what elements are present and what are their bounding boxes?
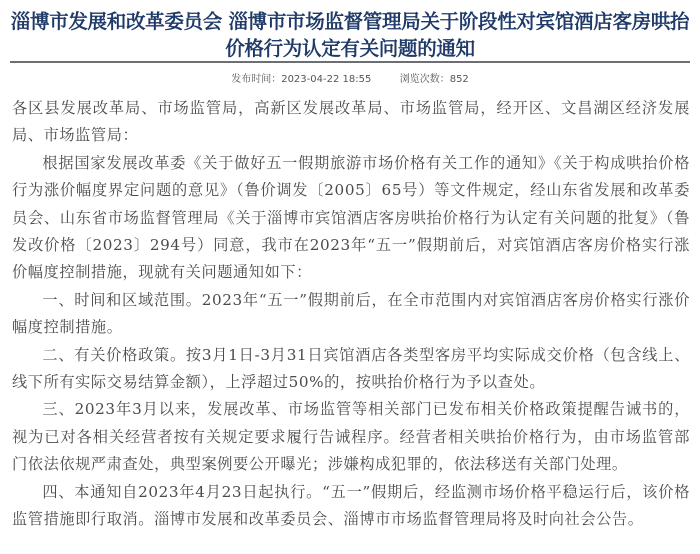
publish-time-label: 发布时间： <box>231 73 281 87</box>
paragraph-item-2: 二、有关价格政策。按3月1日-3月31日宾馆酒店各类型客房平均实际成交价格（包含… <box>12 342 690 397</box>
salutation: 各区县发展改革局、市场监管局，高新区发展改革局、市场监管局，经开区、文昌湖区经济… <box>12 95 690 150</box>
paragraph-item-4: 四、本通知自2023年4月23日起执行。“五一”假期后，经监测市场价格平稳运行后… <box>12 479 690 534</box>
article-page: 淄博市发展和改革委员会 淄博市市场监督管理局关于阶段性对宾馆酒店客房哄抬价格行为… <box>0 0 700 554</box>
title-divider <box>10 61 690 63</box>
views-label: 浏览次数： <box>400 73 450 87</box>
article-meta: 发布时间：2023-04-22 18:55 浏览次数：852 <box>0 73 700 87</box>
article-title: 淄博市发展和改革委员会 淄博市市场监督管理局关于阶段性对宾馆酒店客房哄抬价格行为… <box>0 0 700 62</box>
publish-time: 2023-04-22 18:55 <box>281 73 371 87</box>
paragraph-item-3: 三、2023年3月以来，发展改革、市场监管等相关部门已发布相关价格政策提醒告诫书… <box>12 396 690 478</box>
paragraph-intro: 根据国家发展改革委《关于做好五一假期旅游市场价格有关工作的通知》《关于构成哄抬价… <box>12 150 690 287</box>
paragraph-item-1: 一、时间和区域范围。2023年“五一”假期前后，在全市范围内对宾馆酒店客房价格实… <box>12 287 690 342</box>
article-body: 各区县发展改革局、市场监管局，高新区发展改革局、市场监管局，经开区、文昌湖区经济… <box>12 95 690 534</box>
views-count: 852 <box>450 73 469 87</box>
